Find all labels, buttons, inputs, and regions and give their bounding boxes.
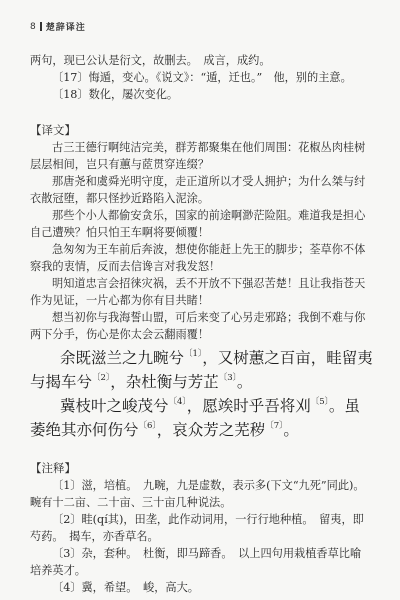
note-line: 〔17〕悔遁，变心。《说文》：“遁，迁也。” 他，别的主意。 [30,69,370,86]
footnote-ref: 〔6〕 [139,421,157,431]
poem-punct: 。 [237,373,253,391]
poem-punct: 。 [283,421,299,439]
page-number: 8 [30,22,36,32]
poem-line: ，愿竢时乎吾将刈 [187,397,311,415]
poem-text: 余既滋兰之九畹兮〔1〕，又树蕙之百亩，畦留夷与揭车兮〔2〕，杂杜衡与芳芷〔3〕。… [30,346,375,442]
book-title: 楚辞译注 [46,20,86,33]
footnote-ref: 〔7〕 [265,421,283,431]
note-line: 两句，现已公认是衍文，故删去。 成言，成约。 [30,52,370,69]
poem-line: ，哀众芳之芜秽 [157,421,266,439]
annotation-item: 〔3〕杂，套种。 杜衡，即马蹄香。 以上四句用栽植香草比喻培养英才。 [30,545,370,579]
translation-paragraph: 明知道忠言会招徕灾祸，丢不开放不下强忍苦楚！且让我指苍天作为见证，一片心都为你有… [30,275,370,309]
book-page: 8 楚辞译注 两句，现已公认是衍文，故删去。 成言，成约。 〔17〕悔遁，变心。… [0,0,400,600]
note-line: 〔18〕数化，屡次变化。 [30,86,370,103]
running-header: 8 楚辞译注 [30,20,86,33]
footnote-ref: 〔5〕 [311,397,329,407]
footnote-ref: 〔3〕 [219,373,237,383]
translation-heading: 【译文】 [30,122,370,139]
annotation-item: 〔4〕冀，希望。 峻，高大。 [30,579,370,596]
translation-paragraph: 想当初你与我海誓山盟，可后来变了心另走邪路；我倒不难与你两下分手，伤心是你太会云… [30,309,370,343]
translation-paragraph: 那唐尧和虞舜光明守度，走正道所以才受人拥护；为什么桀与纣衣散冠堕，都只怪抄近路陷… [30,173,370,207]
header-divider [40,22,42,31]
annotation-item: 〔2〕畦(qí其)，田垄，此作动词用，一行行地种植。 留夷，即芍药。 揭车，亦香… [30,511,370,545]
translation-paragraph: 急匆匆为王车前后奔波，想使你能赶上先王的脚步；荃草你不体察我的衷情，反而去信谗言… [30,241,370,275]
footnote-ref: 〔4〕 [169,397,187,407]
footnote-ref: 〔1〕 [184,349,202,359]
footnote-ref: 〔2〕 [92,373,110,383]
translation-paragraph: 古三王德行啊纯洁完美，群芳都聚集在他们周围：花椒丛肉桂树层层相间，岂只有蕙与茝贯… [30,139,370,173]
translation-paragraph: 那些个小人都偷安贪乐，国家的前途啊渺茫险阻。难道我是担心自己遭殃？怕只怕王车啊将… [30,207,370,241]
poem-line: ，杂杜衡与芳芷 [110,373,219,391]
translation-section: 【译文】 古三王德行啊纯洁完美，群芳都聚集在他们周围：花椒丛肉桂树层层相间，岂只… [30,122,370,343]
poem-line: 冀枝叶之峻茂兮 [60,397,169,415]
poem-stanza: 冀枝叶之峻茂兮〔4〕，愿竢时乎吾将刈〔5〕。虽萎绝其亦何伤兮〔6〕，哀众芳之芜秽… [30,394,375,442]
annotations-section: 【注释】 〔1〕滋，培植。 九畹，九是虚数，表示多(下文“九死”同此)。畹有十二… [30,460,370,596]
poem-line: 余既滋兰之九畹兮 [60,349,184,367]
poem-stanza: 余既滋兰之九畹兮〔1〕，又树蕙之百亩，畦留夷与揭车兮〔2〕，杂杜衡与芳芷〔3〕。 [30,346,375,394]
annotation-item: 〔1〕滋，培植。 九畹，九是虚数，表示多(下文“九死”同此)。畹有十二亩、二十亩… [30,477,370,511]
continued-notes: 两句，现已公认是衍文，故删去。 成言，成约。 〔17〕悔遁，变心。《说文》：“遁… [30,52,370,103]
annotations-heading: 【注释】 [30,460,370,477]
